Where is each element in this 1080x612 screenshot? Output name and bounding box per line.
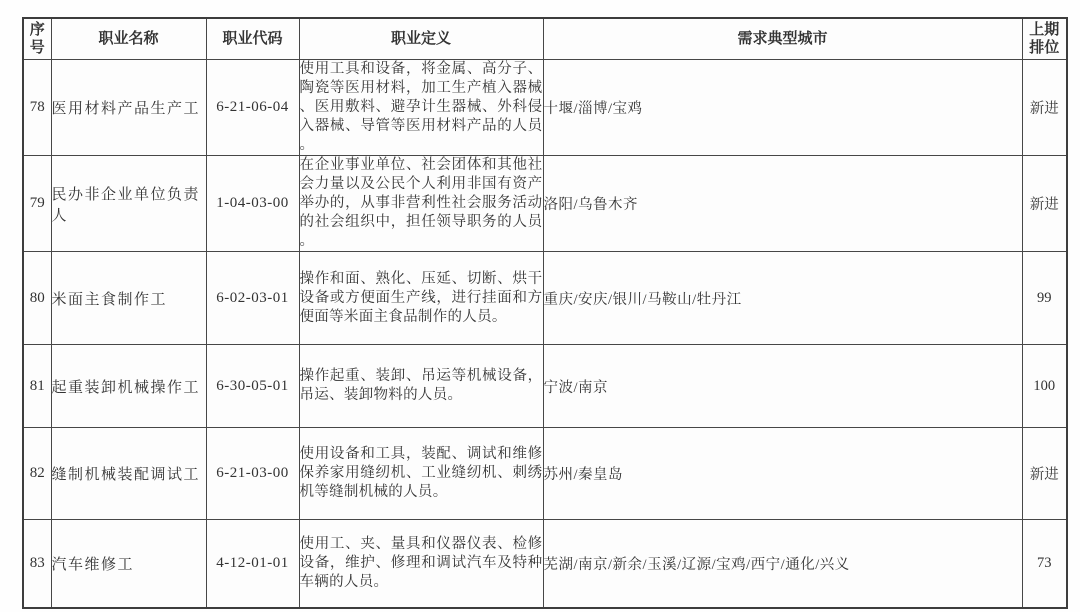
table-row: 83 汽车维修工 4-12-01-01 使用工、夹、量具和仪器仪表、检修设备，维… [23, 520, 1067, 608]
cell-demand-cities: 苏州/秦皇岛 [543, 428, 1022, 520]
col-header-occupation-definition: 职业定义 [299, 18, 543, 60]
cell-index: 80 [23, 252, 51, 345]
cell-occupation-name: 缝制机械装配调试工 [51, 428, 206, 520]
cell-occupation-name: 起重装卸机械操作工 [51, 345, 206, 428]
cell-prev-rank: 73 [1022, 520, 1067, 608]
cell-occupation-code: 6-02-03-01 [206, 252, 299, 345]
col-header-prev-rank: 上期排位 [1022, 18, 1067, 60]
cell-occupation-code: 6-21-06-04 [206, 60, 299, 156]
col-header-demand-cities: 需求典型城市 [543, 18, 1022, 60]
document-page: 序号 职业名称 职业代码 职业定义 需求典型城市 上期排位 78 医用材料产品生… [0, 0, 1080, 612]
col-header-occupation-name: 职业名称 [51, 18, 206, 60]
cell-occupation-code: 4-12-01-01 [206, 520, 299, 608]
cell-occupation-definition: 使用工、夹、量具和仪器仪表、检修设备，维护、修理和调试汽车及特种车辆的人员。 [299, 520, 543, 608]
cell-occupation-definition: 在企业事业单位、社会团体和其他社会力量以及公民个人利用非国有资产举办的，从事非营… [299, 156, 543, 252]
cell-occupation-name: 米面主食制作工 [51, 252, 206, 345]
table-row: 82 缝制机械装配调试工 6-21-03-00 使用设备和工具，装配、调试和维修… [23, 428, 1067, 520]
cell-prev-rank: 新进 [1022, 60, 1067, 156]
cell-occupation-definition: 操作和面、熟化、压延、切断、烘干设备或方便面生产线，进行挂面和方便面等米面主食品… [299, 252, 543, 345]
cell-demand-cities: 十堰/淄博/宝鸡 [543, 60, 1022, 156]
cell-occupation-name: 汽车维修工 [51, 520, 206, 608]
cell-occupation-definition: 使用工具和设备，将金属、高分子、陶瓷等医用材料，加工生产植入器械、医用敷料、避孕… [299, 60, 543, 156]
cell-occupation-name: 医用材料产品生产工 [51, 60, 206, 156]
occupation-ranking-table: 序号 职业名称 职业代码 职业定义 需求典型城市 上期排位 78 医用材料产品生… [22, 17, 1068, 609]
cell-occupation-definition: 操作起重、装卸、吊运等机械设备，吊运、装卸物料的人员。 [299, 345, 543, 428]
table-row: 79 民办非企业单位负责人 1-04-03-00 在企业事业单位、社会团体和其他… [23, 156, 1067, 252]
cell-index: 79 [23, 156, 51, 252]
cell-demand-cities: 重庆/安庆/银川/马鞍山/牡丹江 [543, 252, 1022, 345]
col-header-index: 序号 [23, 18, 51, 60]
cell-prev-rank: 100 [1022, 345, 1067, 428]
cell-prev-rank: 新进 [1022, 428, 1067, 520]
cell-index: 78 [23, 60, 51, 156]
cell-occupation-code: 6-30-05-01 [206, 345, 299, 428]
cell-occupation-definition: 使用设备和工具，装配、调试和维修保养家用缝纫机、工业缝纫机、刺绣机等缝制机械的人… [299, 428, 543, 520]
cell-index: 82 [23, 428, 51, 520]
table-row: 81 起重装卸机械操作工 6-30-05-01 操作起重、装卸、吊运等机械设备，… [23, 345, 1067, 428]
cell-index: 81 [23, 345, 51, 428]
table-row: 78 医用材料产品生产工 6-21-06-04 使用工具和设备，将金属、高分子、… [23, 60, 1067, 156]
cell-occupation-code: 6-21-03-00 [206, 428, 299, 520]
cell-index: 83 [23, 520, 51, 608]
cell-prev-rank: 新进 [1022, 156, 1067, 252]
cell-prev-rank: 99 [1022, 252, 1067, 345]
cell-demand-cities: 宁波/南京 [543, 345, 1022, 428]
cell-demand-cities: 洛阳/乌鲁木齐 [543, 156, 1022, 252]
table-row: 80 米面主食制作工 6-02-03-01 操作和面、熟化、压延、切断、烘干设备… [23, 252, 1067, 345]
cell-occupation-name: 民办非企业单位负责人 [51, 156, 206, 252]
col-header-occupation-code: 职业代码 [206, 18, 299, 60]
cell-occupation-code: 1-04-03-00 [206, 156, 299, 252]
cell-demand-cities: 芜湖/南京/新余/玉溪/辽源/宝鸡/西宁/通化/兴义 [543, 520, 1022, 608]
header-row: 序号 职业名称 职业代码 职业定义 需求典型城市 上期排位 [23, 18, 1067, 60]
